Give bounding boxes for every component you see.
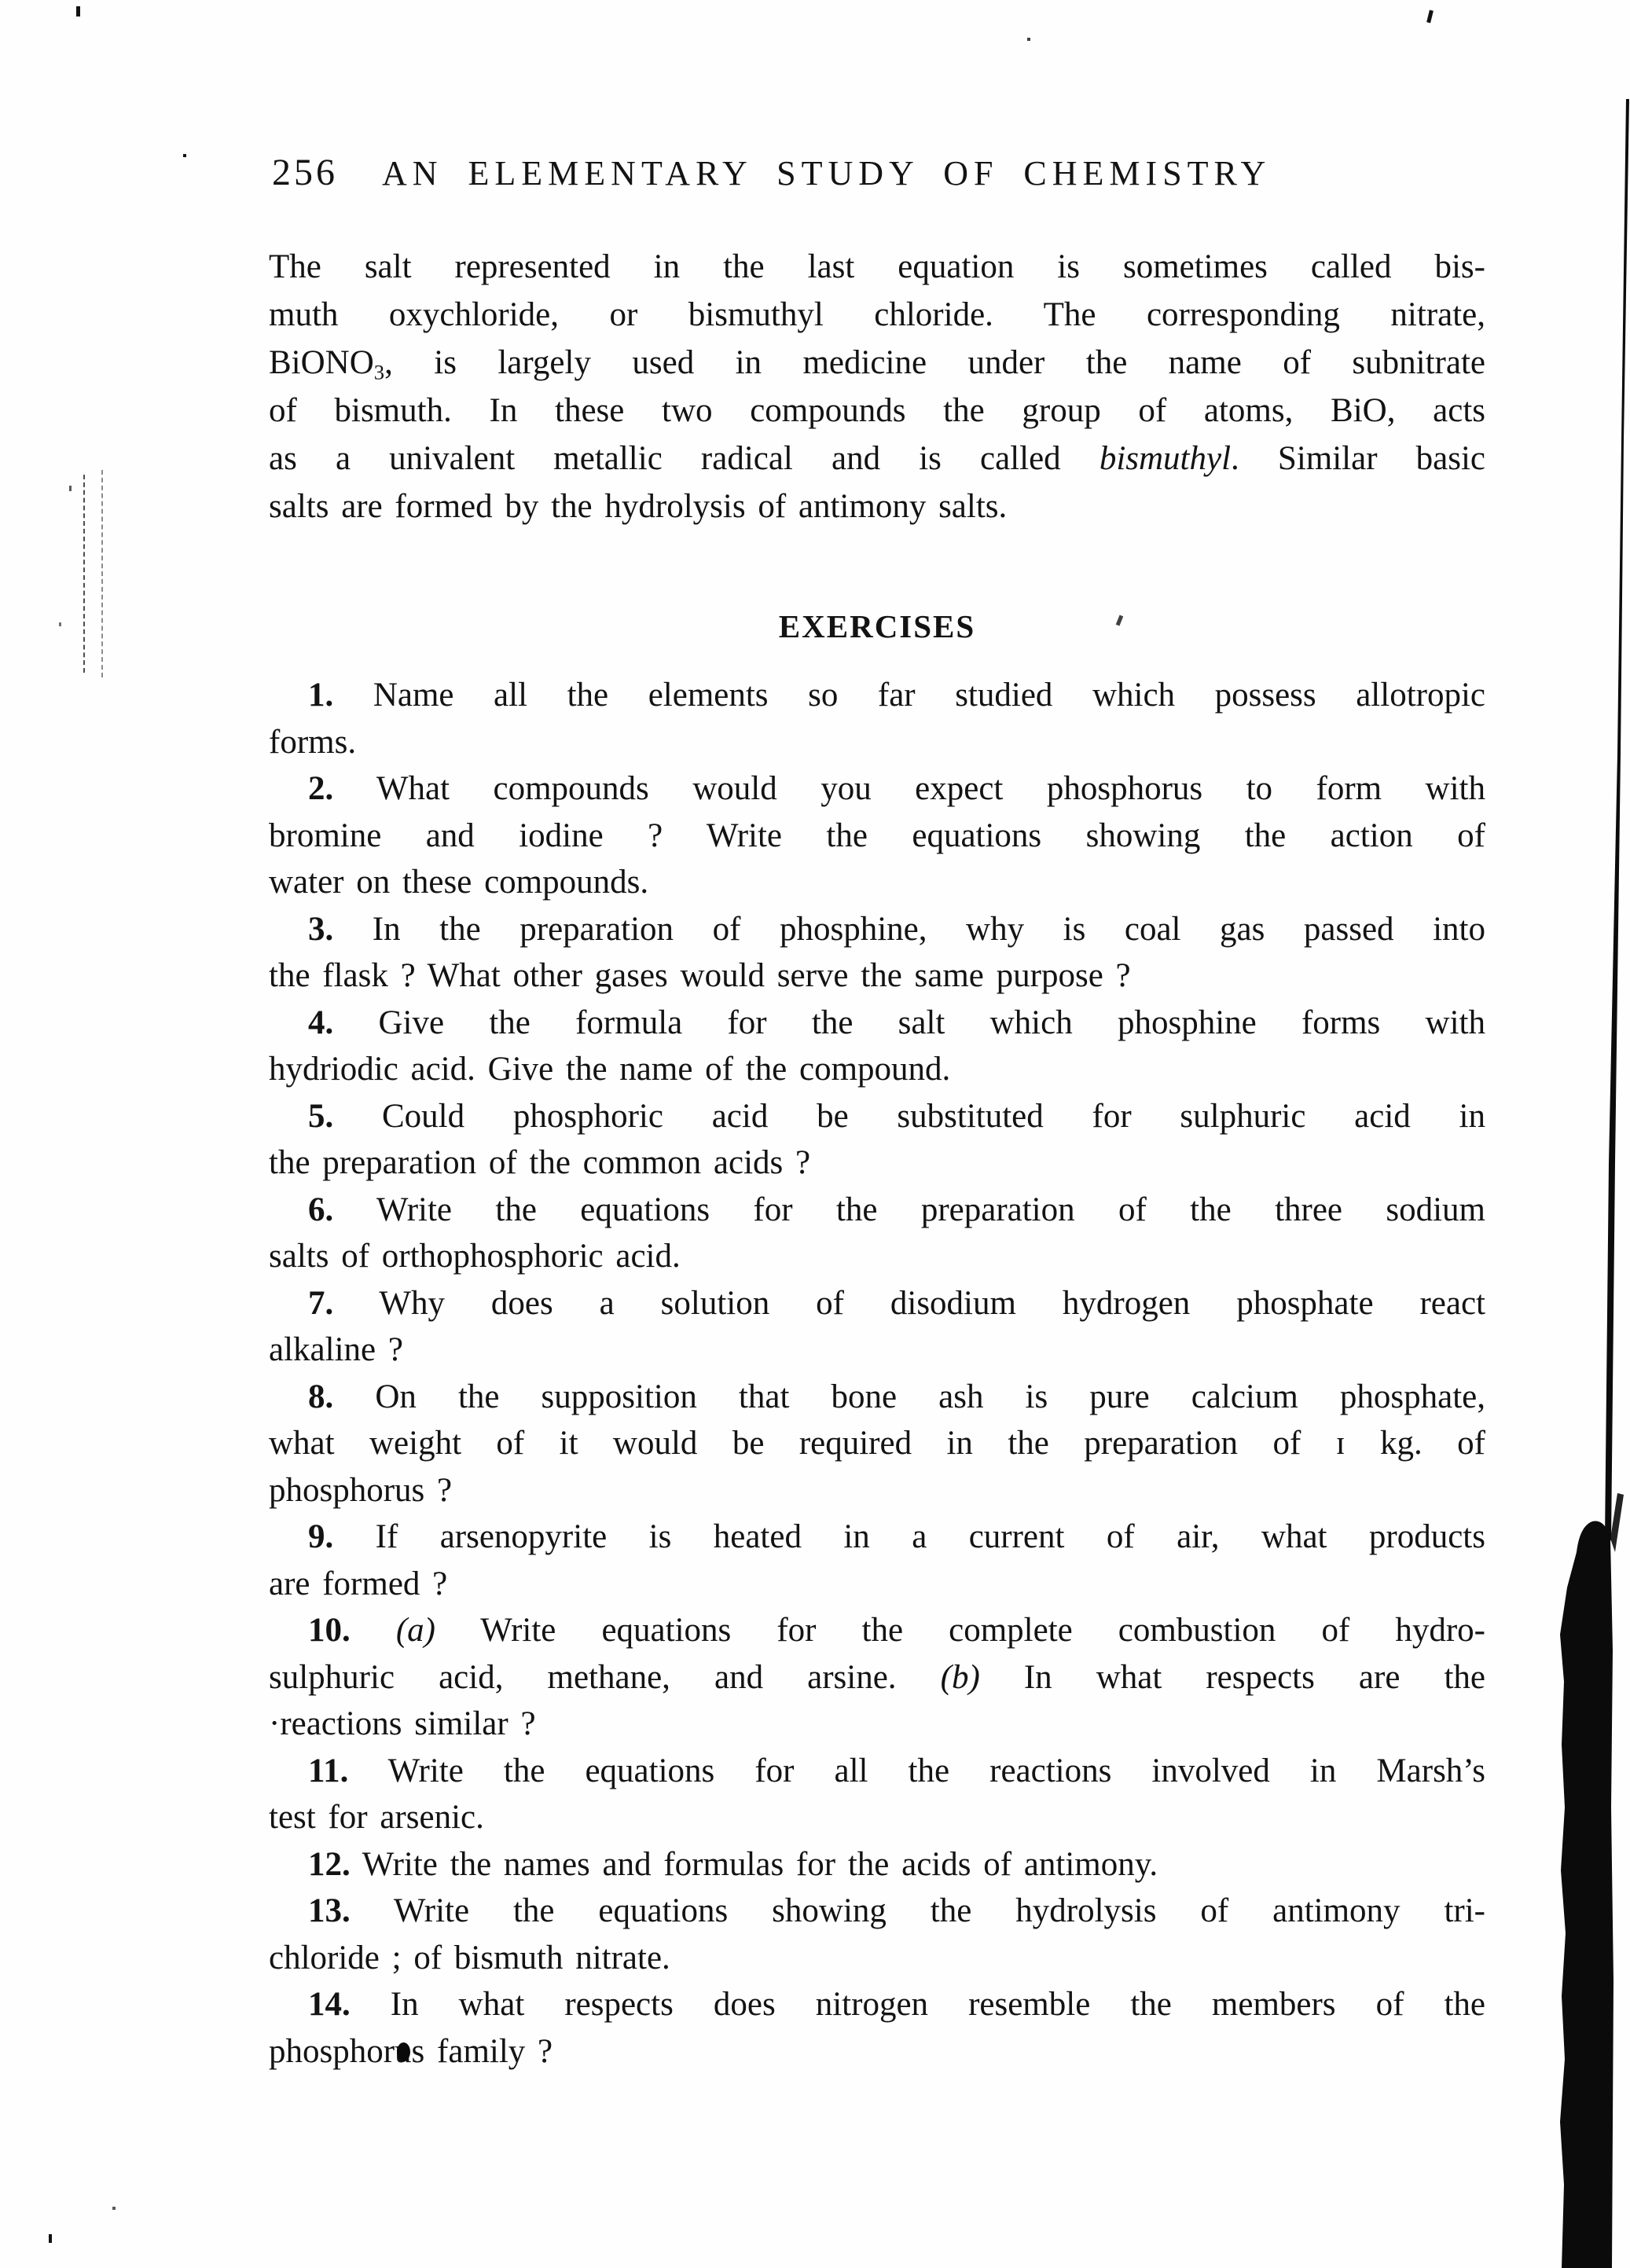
text-line: 14. In what respects does nitrogen resem… (269, 1981, 1485, 2028)
scan-dash-line (101, 470, 103, 677)
text-line: salts of orthophosphoric acid. (269, 1233, 1485, 1280)
text-line: BiONO3, is largely used in medicine unde… (269, 339, 1485, 387)
text-line: what weight of it would be required in t… (269, 1420, 1485, 1467)
ink-blot (397, 2042, 410, 2061)
text-line: 7. Why does a solution of disodium hydro… (269, 1280, 1485, 1327)
text-line: muth oxychloride, or bismuthyl chloride.… (269, 291, 1485, 339)
running-head: 256 AN ELEMENTARY STUDY OF CHEMISTRY (272, 151, 1271, 194)
text-line: the preparation of the common acids ? (269, 1140, 1485, 1187)
text-line: The salt represented in the last equatio… (269, 243, 1485, 291)
text-line: phosphorus family ? (269, 2028, 1485, 2075)
text-line: 4. Give the formula for the salt which p… (269, 1000, 1485, 1047)
scan-speck (1027, 38, 1030, 41)
text-line: are formed ? (269, 1561, 1485, 1608)
text-line: 5. Could phosphoric acid be substituted … (269, 1093, 1485, 1140)
text-line: alkaline ? (269, 1327, 1485, 1374)
text-line: 1. Name all the elements so far studied … (269, 672, 1485, 719)
text-line: the flask ? What other gases would serve… (269, 952, 1485, 1000)
text-line: ·reactions similar ? (269, 1701, 1485, 1748)
scan-speck (183, 154, 186, 157)
text-line: test for arsenic. (269, 1794, 1485, 1841)
text-line: 10. (a) Write equations for the complete… (269, 1607, 1485, 1654)
text-line: 6. Write the equations for the preparati… (269, 1187, 1485, 1234)
text-line: 8. On the supposition that bone ash is p… (269, 1374, 1485, 1421)
scan-speck (1426, 10, 1434, 24)
section-heading: EXERCISES (269, 603, 1485, 651)
scan-speck (76, 6, 80, 17)
scan-speck (112, 2207, 116, 2210)
text-line: salts are formed by the hydrolysis of an… (269, 483, 1485, 530)
book-page: 256 AN ELEMENTARY STUDY OF CHEMISTRY The… (0, 0, 1630, 2268)
text-line: water on these compounds. (269, 859, 1485, 906)
text-line: 13. Write the equations showing the hydr… (269, 1888, 1485, 1935)
page-title: AN ELEMENTARY STUDY OF CHEMISTRY (382, 153, 1271, 193)
text-line: bromine and iodine ? Write the equations… (269, 813, 1485, 860)
text-line: as a univalent metallic radical and is c… (269, 435, 1485, 483)
page-edge-shadow (1536, 0, 1630, 2268)
text-line: 11. Write the equations for all the reac… (269, 1748, 1485, 1795)
page-body: The salt represented in the last equatio… (269, 243, 1485, 2075)
text-line: sulphuric acid, methane, and arsine. (b)… (269, 1654, 1485, 1701)
text-line: 3. In the preparation of phosphine, why … (269, 906, 1485, 953)
text-line: 2. What compounds would you expect phosp… (269, 765, 1485, 813)
text-line: 9. If arsenopyrite is heated in a curren… (269, 1514, 1485, 1561)
text-line: forms. (269, 719, 1485, 766)
text-line: 12. Write the names and formulas for the… (269, 1841, 1485, 1888)
scan-speck (49, 2234, 52, 2243)
scan-speck (69, 486, 72, 491)
text-line: of bismuth. In these two compounds the g… (269, 387, 1485, 435)
text-line: hydriodic acid. Give the name of the com… (269, 1046, 1485, 1093)
scan-speck (59, 622, 61, 626)
text-line: chloride ; of bismuth nitrate. (269, 1935, 1485, 1982)
scan-dash-line (83, 475, 85, 673)
text-line: phosphorus ? (269, 1467, 1485, 1514)
page-number: 256 (272, 151, 338, 194)
